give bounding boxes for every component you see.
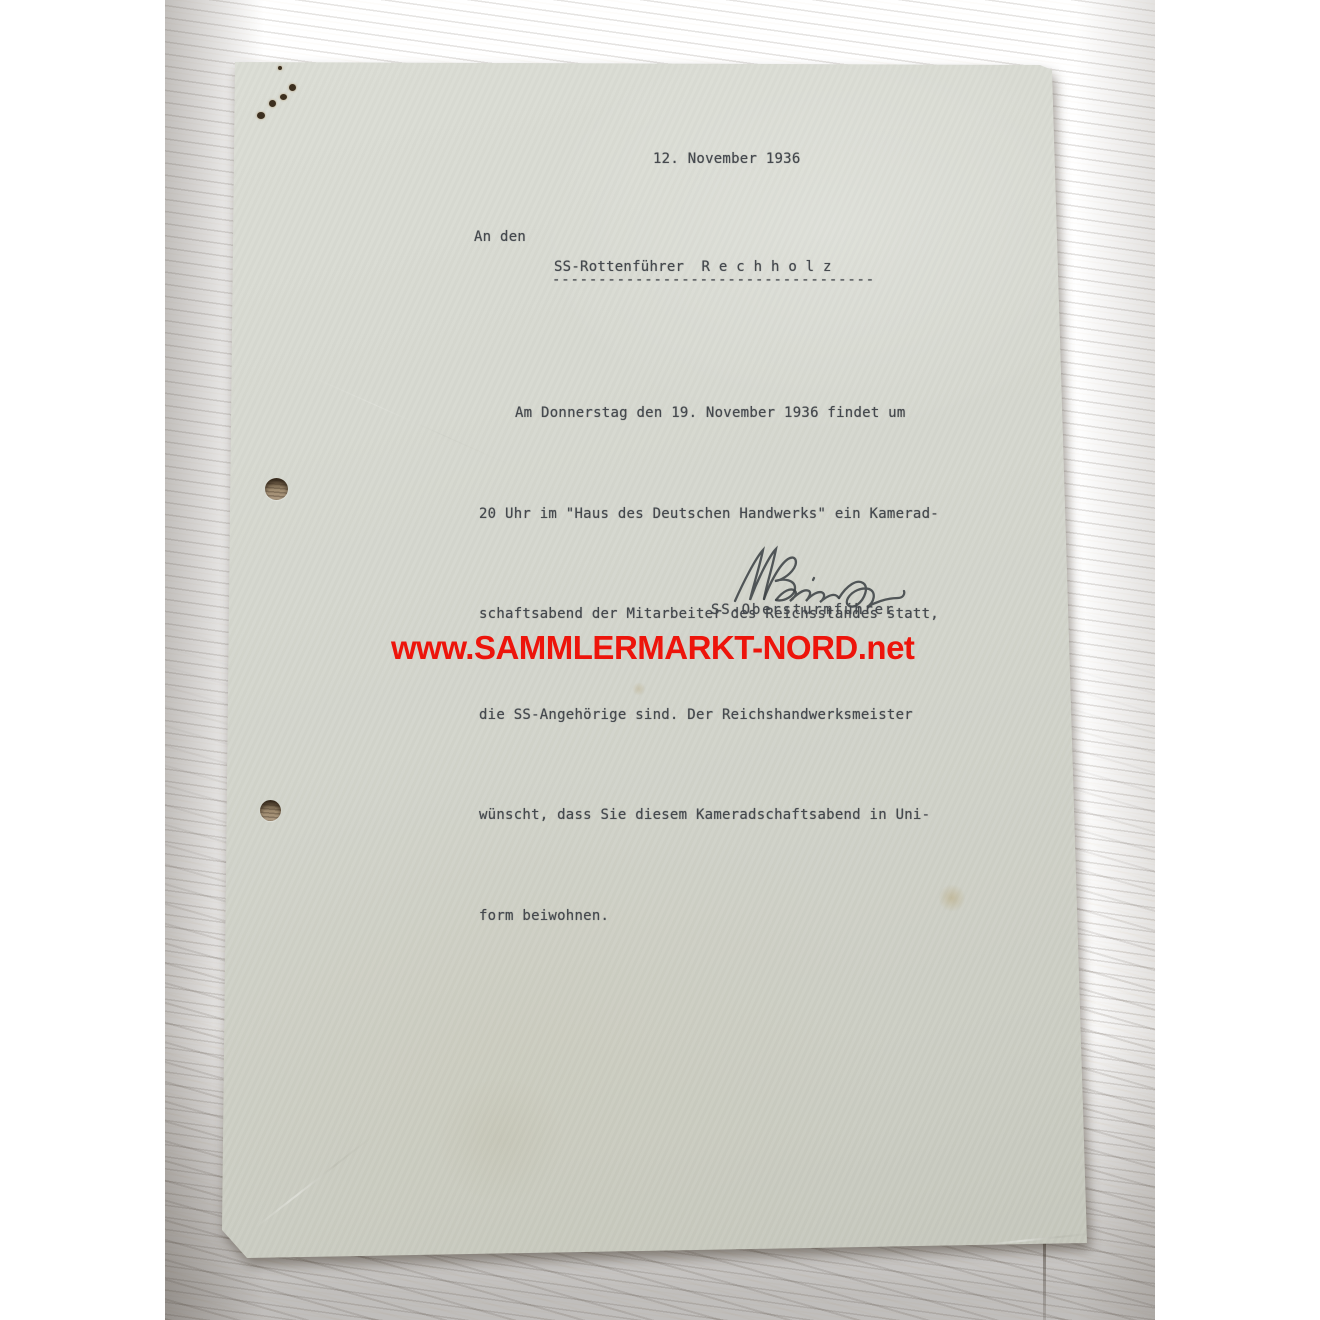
signature-scribble: [693, 541, 911, 611]
stain: [938, 884, 966, 912]
punch-hole-top: [265, 478, 288, 500]
signature-title: SS-Obersturmführer: [711, 602, 895, 618]
rust-speck: [278, 66, 282, 70]
body-line: Am Donnerstag den 19. November 1936 find…: [479, 397, 939, 431]
crease: [985, 1232, 1095, 1245]
letter-date: 12. November 1936: [653, 151, 801, 167]
punch-hole-bottom: [260, 800, 281, 821]
watermark-text: www.SAMMLERMARKT-NORD.net: [391, 629, 914, 667]
body-line: wünscht, dass Sie diesem Kameradschaftsa…: [479, 799, 939, 833]
body-line: die SS-Angehörige sind. Der Reichshandwe…: [479, 699, 939, 733]
crease: [255, 1134, 374, 1228]
rust-speck: [269, 100, 276, 107]
rust-speck: [257, 112, 265, 119]
letter-salutation: An den: [474, 229, 526, 245]
body-line: 20 Uhr im "Haus des Deutschen Handwerks"…: [479, 498, 939, 532]
rust-speck: [289, 84, 296, 91]
recipient-underline: -----------------------------------: [552, 272, 875, 288]
body-line: form beiwohnen.: [479, 900, 939, 934]
photo-canvas: 12. November 1936 An den SS-Rottenführer…: [0, 0, 1320, 1320]
rust-speck: [280, 94, 287, 100]
stain: [430, 1080, 570, 1200]
